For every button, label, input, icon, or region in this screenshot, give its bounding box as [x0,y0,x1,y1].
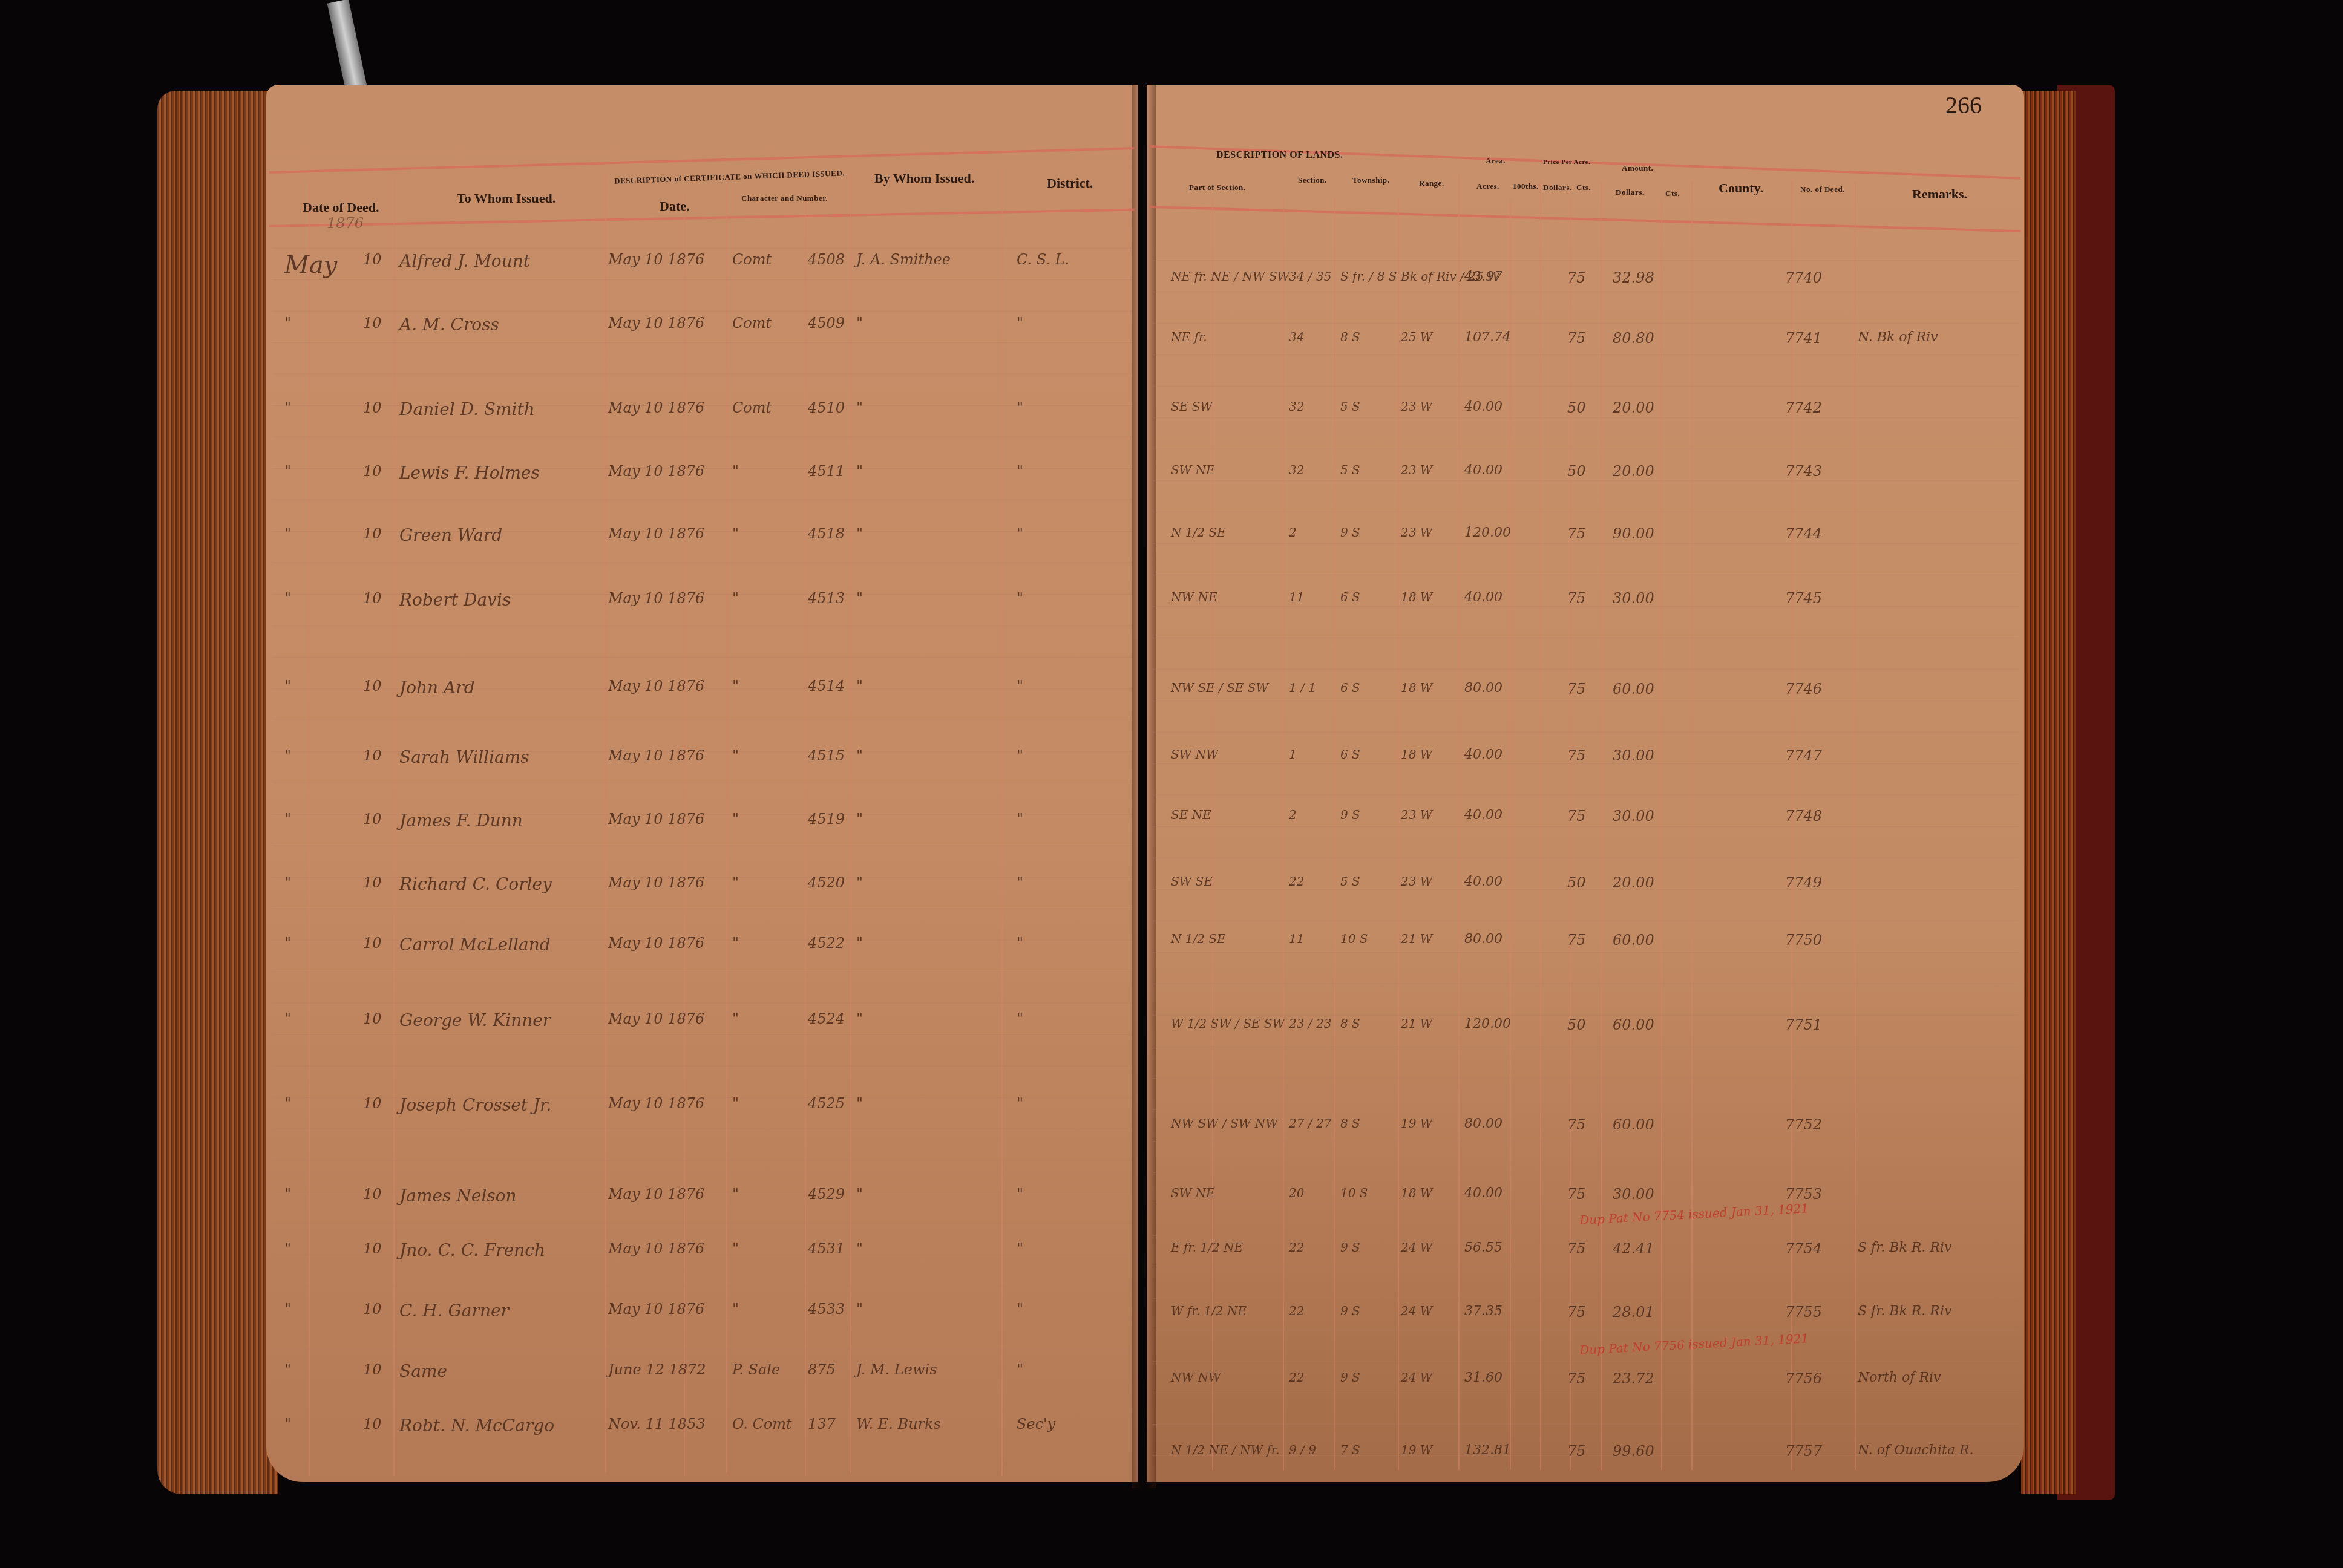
acres: 80.00 [1464,681,1502,696]
issued-by: " [856,1010,863,1027]
section-number: 23 / 23 [1289,1016,1331,1031]
district: " [1017,525,1023,542]
grantee-name: Daniel D. Smith [399,399,535,419]
acres: 120.00 [1464,525,1511,540]
certificate-character: " [732,811,739,828]
issued-by: " [856,874,863,891]
remarks: N. of Ouachita R. [1858,1443,1974,1458]
township: 9 S [1340,525,1360,540]
header-price-cents: Cts. [1576,183,1591,192]
row-rule [272,1412,1132,1413]
certificate-date: May 10 1876 [608,678,704,694]
row-rule [1153,1330,2018,1330]
col-line [1570,200,1571,1470]
part-of-section: SE SW [1171,399,1213,414]
section-number: 11 [1289,932,1304,946]
deed-number: 7752 [1785,1116,1822,1133]
deed-day: 10 [363,1361,382,1378]
deed-day: 10 [363,399,382,416]
deed-month: " [284,1361,291,1378]
row-rule [1153,795,2018,795]
acres: 56.55 [1464,1240,1502,1255]
township: 8 S [1340,1116,1360,1131]
range: 21 W [1401,932,1432,946]
part-of-section: SW NE [1171,1186,1215,1200]
certificate-number: 4529 [808,1186,845,1203]
row-rule [1153,1393,2018,1393]
deed-month: " [284,935,291,952]
acres: 80.00 [1464,1116,1502,1131]
certificate-number: 4510 [808,399,845,416]
deed-month: " [284,463,291,480]
remarks: N. Bk of Riv [1858,330,1938,345]
row-rule [272,374,1132,374]
row-rule [1153,323,2018,324]
row-rule [1153,952,2018,953]
price-per-acre: 50 [1567,1016,1586,1033]
row-rule [1153,984,2018,984]
grantee-name: Richard C. Corley [399,874,552,894]
deed-day: 10 [363,525,382,542]
section-number: 34 [1289,330,1304,344]
section-number: 32 [1289,399,1304,414]
district: " [1017,935,1023,952]
township: 6 S [1340,590,1360,604]
left-page [266,85,1138,1482]
certificate-character: " [732,590,739,607]
township: 5 S [1340,874,1360,889]
range: 23 W [1401,463,1432,477]
header-cert-date: Date. [660,198,689,214]
district: Sec'y [1017,1416,1055,1432]
row-rule [272,1066,1132,1067]
price-per-acre: 75 [1567,1443,1586,1460]
row-rule [272,1349,1132,1350]
col-line [1691,181,1693,1470]
range: 18 W [1401,1186,1432,1200]
certificate-character: " [732,678,739,694]
acres: 43.97 [1464,269,1502,284]
deed-day: 10 [363,590,382,607]
certificate-number: 4509 [808,315,845,332]
certificate-character: " [732,935,739,952]
deed-number: 7756 [1785,1370,1822,1387]
deed-number: 7749 [1785,874,1822,891]
issued-by: " [856,315,863,332]
deed-day: 10 [363,935,382,952]
range: 23 W [1401,808,1432,822]
issued-by: " [856,811,863,828]
row-rule [1153,1109,2018,1110]
certificate-number: 4513 [808,590,845,607]
row-rule [272,1003,1132,1004]
certificate-character: " [732,1301,739,1318]
acres: 107.74 [1464,330,1511,345]
issued-by: " [856,590,863,607]
header-county: County. [1719,180,1763,196]
certificate-date: May 10 1876 [608,1186,704,1203]
header-part-of-section: Part of Section. [1189,183,1246,192]
col-line [1334,200,1335,1470]
deed-number: 7746 [1785,681,1822,697]
acres: 31.60 [1464,1370,1502,1385]
col-line [393,175,395,1476]
grantee-name: A. M. Cross [399,315,499,335]
price-per-acre: 75 [1567,590,1586,607]
row-rule [1153,480,2018,481]
issued-by: " [856,1240,863,1257]
grantee-name: C. H. Garner [399,1301,509,1321]
amount: 99.60 [1613,1443,1654,1460]
row-rule [1153,292,2018,292]
grantee-name: Robert Davis [399,590,511,610]
amount: 32.98 [1613,269,1654,286]
deed-number: 7740 [1785,269,1822,286]
issued-by: W. E. Burks [856,1416,941,1432]
district: " [1017,1095,1023,1112]
range: 24 W [1401,1240,1432,1255]
certificate-date: May 10 1876 [608,935,704,952]
col-line [1601,181,1602,1470]
deed-number: 7747 [1785,747,1822,764]
col-line [684,194,685,1476]
grantee-name: Sarah Williams [399,747,529,767]
certificate-number: 4508 [808,251,845,268]
part-of-section: NW NW [1171,1370,1221,1385]
row-rule [1153,858,2018,858]
row-rule [1153,1267,2018,1267]
certificate-number: 4511 [808,463,845,480]
part-of-section: NE fr. [1171,330,1207,344]
certificate-number: 875 [808,1361,836,1378]
deed-month: " [284,874,291,891]
certificate-character: " [732,463,739,480]
col-line [726,172,727,1473]
district: " [1017,590,1023,607]
acres: 120.00 [1464,1016,1511,1031]
township: 9 S [1340,1304,1360,1318]
price-per-acre: 50 [1567,399,1586,416]
certificate-character: " [732,1095,739,1112]
row-rule [1153,1204,2018,1204]
header-amount: Amount. [1622,163,1653,173]
grantee-name: Same [399,1361,447,1381]
deed-number: 7742 [1785,399,1822,416]
row-rule [1153,354,2018,355]
row-rule [272,248,1132,249]
book-gutter [1132,85,1156,1488]
col-line [805,194,806,1476]
header-range: Range. [1419,178,1444,188]
remarks: North of Riv [1858,1370,1941,1385]
certificate-date: May 10 1876 [608,874,704,891]
row-rule [1153,701,2018,701]
header-price-dollars: Dollars. [1543,183,1572,192]
deed-day: 10 [363,747,382,764]
row-rule [272,279,1132,280]
township: 6 S [1340,747,1360,762]
amount: 30.00 [1613,808,1654,825]
district: " [1017,1186,1023,1203]
section-number: 1 / 1 [1289,681,1316,695]
price-per-acre: 75 [1567,681,1586,697]
header-price-per-acre: Price Per Acre. [1543,158,1590,166]
township: 5 S [1340,399,1360,414]
certificate-date: June 12 1872 [608,1361,706,1378]
row-rule [272,909,1132,909]
range: 18 W [1401,681,1432,695]
col-line [309,181,310,1476]
row-rule [1153,826,2018,827]
part-of-section: SW NE [1171,463,1215,477]
price-per-acre: 75 [1567,1370,1586,1387]
part-of-section: SE NE [1171,808,1211,822]
col-line [1458,175,1460,1470]
certificate-date: May 10 1876 [608,1095,704,1112]
deed-day: 10 [363,463,382,480]
deed-number: 7757 [1785,1443,1822,1460]
year-heading: 1876 [327,215,364,232]
part-of-section: SW SE [1171,874,1213,889]
row-rule [272,1129,1132,1129]
deed-number: 7748 [1785,808,1822,825]
range: 21 W [1401,1016,1432,1031]
header-township: Township. [1352,175,1389,185]
amount: 20.00 [1613,874,1654,891]
grantee-name: Alfred J. Mount [399,251,530,271]
range: 24 W [1401,1304,1432,1318]
section-number: 22 [1289,1240,1304,1255]
row-rule [272,657,1132,658]
certificate-character: " [732,1010,739,1027]
certificate-number: 4533 [808,1301,845,1318]
header-character-number: Character and Number. [741,194,828,203]
certificate-character: P. Sale [732,1361,780,1378]
deed-day: 10 [363,251,382,268]
amount: 23.72 [1613,1370,1654,1387]
issued-by: J. A. Smithee [856,251,951,268]
issued-by: " [856,1095,863,1112]
deed-number: 7743 [1785,463,1822,480]
grantee-name: John Ard [399,678,475,697]
col-line [1212,200,1213,1470]
row-rule [1153,386,2018,387]
deed-month: " [284,1095,291,1112]
acres: 40.00 [1464,808,1502,823]
district: " [1017,315,1023,332]
issued-by: " [856,678,863,694]
certificate-number: 4524 [808,1010,845,1027]
deed-month: " [284,399,291,416]
header-acres: Acres. [1476,181,1499,191]
row-rule [272,783,1132,783]
township: 9 S [1340,1370,1360,1385]
price-per-acre: 75 [1567,932,1586,949]
price-per-acre: 75 [1567,269,1586,286]
part-of-section: NW SE / SE SW [1171,681,1268,695]
col-line [1510,200,1511,1470]
certificate-date: May 10 1876 [608,315,704,332]
part-of-section: NW SW / SW NW [1171,1116,1278,1131]
deed-day: 10 [363,1301,382,1318]
deed-number: 7753 [1785,1186,1822,1203]
deed-number: 7750 [1785,932,1822,949]
certificate-number: 4518 [808,525,845,542]
issued-by: " [856,525,863,542]
deed-number: 7744 [1785,525,1822,542]
amount: 90.00 [1613,525,1654,542]
col-line [1398,200,1399,1470]
col-line [1791,181,1792,1470]
township: 8 S [1340,1016,1360,1031]
deed-day: 10 [363,1240,382,1257]
district: " [1017,1361,1023,1378]
certificate-date: Nov. 11 1853 [608,1416,706,1432]
row-rule [1153,1424,2018,1425]
issued-by: J. M. Lewis [856,1361,937,1378]
col-line [1661,200,1662,1470]
price-per-acre: 75 [1567,525,1586,542]
col-line [1855,181,1856,1470]
row-rule [272,1443,1132,1444]
certificate-number: 137 [808,1416,836,1432]
header-section: Section. [1298,175,1327,185]
header-to-whom-issued: To Whom Issued. [457,191,555,206]
certificate-date: May 10 1876 [608,1301,704,1318]
part-of-section: NE fr. NE / NW SW [1171,269,1289,284]
deed-day: 10 [363,315,382,332]
section-number: 9 / 9 [1289,1443,1316,1457]
row-rule [1153,1141,2018,1142]
row-rule [272,972,1132,972]
deed-day: 10 [363,678,382,694]
right-page [1147,85,2024,1482]
deed-day: 10 [363,874,382,891]
deed-month: " [284,1010,291,1027]
deed-number: 7751 [1785,1016,1822,1033]
deed-month: " [284,678,291,694]
row-rule [1153,1235,2018,1236]
price-per-acre: 75 [1567,330,1586,347]
range: 25 W [1401,330,1432,344]
deed-month: " [284,1416,291,1432]
certificate-character: Comt [732,315,772,332]
deed-month: " [284,1186,291,1203]
certificate-date: May 10 1876 [608,811,704,828]
section-number: 11 [1289,590,1304,604]
row-rule [1153,732,2018,733]
certificate-date: May 10 1876 [608,747,704,764]
deed-month: " [284,525,291,542]
acres: 40.00 [1464,874,1502,889]
issued-by: " [856,399,863,416]
amount: 20.00 [1613,399,1654,416]
part-of-section: NW NE [1171,590,1217,604]
col-line [1283,200,1284,1470]
acres: 40.00 [1464,463,1502,478]
row-rule [1153,669,2018,670]
amount: 28.01 [1613,1304,1654,1321]
price-per-acre: 75 [1567,1304,1586,1321]
row-rule [272,563,1132,563]
amount: 30.00 [1613,590,1654,607]
part-of-section: W fr. 1/2 NE [1171,1304,1247,1318]
row-rule [1153,417,2018,418]
district: " [1017,399,1023,416]
deed-month: May [284,251,337,279]
certificate-date: May 10 1876 [608,525,704,542]
amount: 60.00 [1613,932,1654,949]
row-rule [1153,260,2018,261]
range: 19 W [1401,1116,1432,1131]
amount: 60.00 [1613,1016,1654,1033]
header-no-of-deed: No. of Deed. [1800,185,1845,194]
deed-day: 10 [363,811,382,828]
row-rule [272,846,1132,846]
issued-by: " [856,463,863,480]
range: 23 W [1401,874,1432,889]
page-edges-left [157,91,278,1494]
part-of-section: N 1/2 NE / NW fr. [1171,1443,1280,1457]
row-rule [272,437,1132,437]
certificate-number: 4531 [808,1240,845,1257]
certificate-number: 4525 [808,1095,845,1112]
section-number: 1 [1289,747,1297,762]
row-rule [272,1034,1132,1035]
header-description-of-lands: DESCRIPTION OF LANDS. [1216,150,1343,161]
district: " [1017,874,1023,891]
deed-number: 7741 [1785,330,1822,347]
remarks: S fr. Bk R. Riv [1858,1304,1951,1319]
township: 6 S [1340,681,1360,695]
section-number: 22 [1289,874,1304,889]
range: 23 W [1401,399,1432,414]
part-of-section: N 1/2 SE [1171,525,1226,540]
district: " [1017,811,1023,828]
certificate-character: O. Comt [732,1416,792,1432]
deed-month: " [284,590,291,607]
grantee-name: Green Ward [399,525,502,545]
township: 9 S [1340,1240,1360,1255]
row-rule [1153,543,2018,544]
row-rule [1153,1361,2018,1362]
township: 8 S [1340,330,1360,344]
page-edges-right [2021,91,2076,1494]
row-rule [272,720,1132,720]
row-rule [1153,449,2018,449]
row-rule [1153,1172,2018,1173]
range: 19 W [1401,1443,1432,1457]
certificate-character: Comt [732,399,772,416]
certificate-date: May 10 1876 [608,1240,704,1257]
certificate-character: " [732,747,739,764]
price-per-acre: 75 [1567,808,1586,825]
grantee-name: Lewis F. Holmes [399,463,540,483]
amount: 60.00 [1613,681,1654,697]
grantee-name: Carrol McLelland [399,935,551,955]
amount: 42.41 [1613,1240,1654,1257]
district: C. S. L. [1017,251,1069,268]
deed-number: 7745 [1785,590,1822,607]
grantee-name: James F. Dunn [399,811,523,831]
deed-day: 10 [363,1095,382,1112]
grantee-name: Jno. C. C. French [399,1240,545,1260]
acres: 40.00 [1464,399,1502,414]
remarks: S fr. Bk R. Riv [1858,1240,1951,1255]
certificate-date: May 10 1876 [608,590,704,607]
row-rule [272,311,1132,312]
grantee-name: George W. Kinner [399,1010,551,1030]
